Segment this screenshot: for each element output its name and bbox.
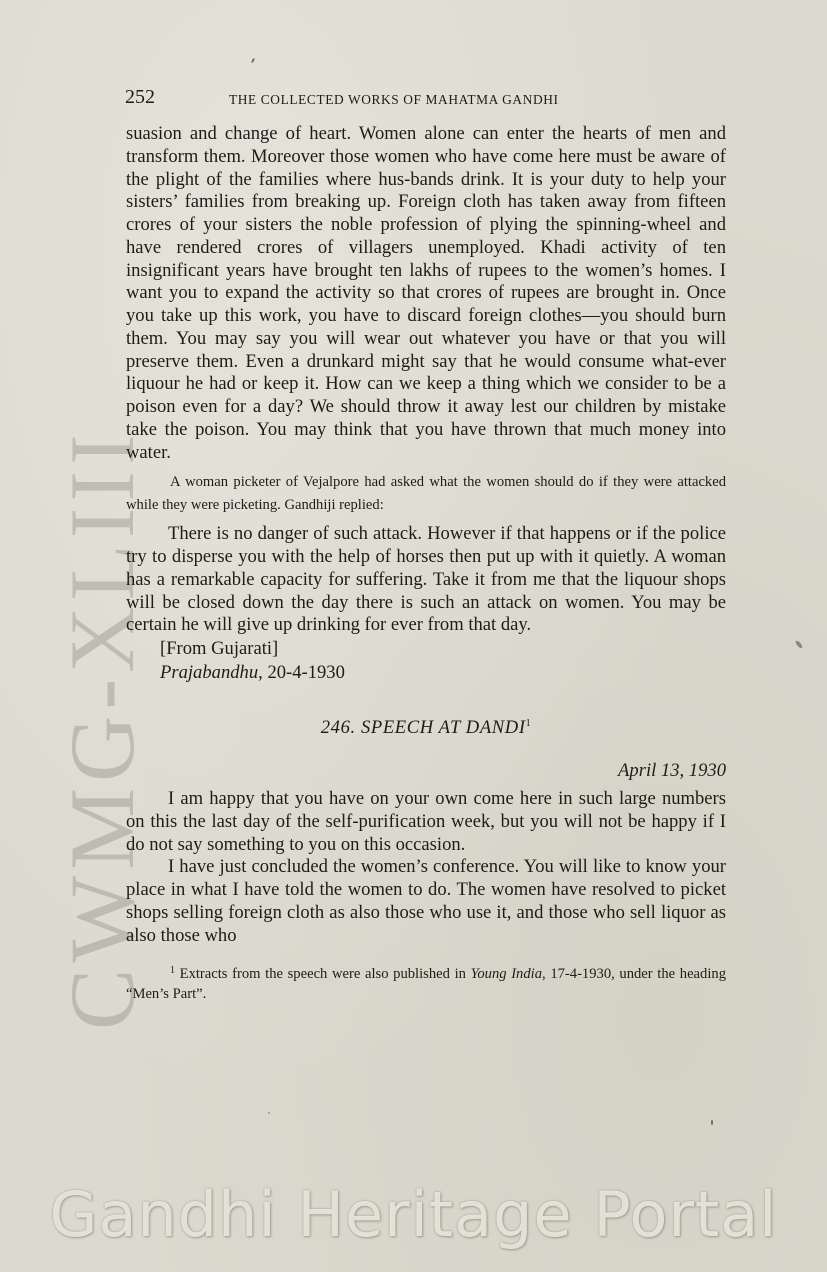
dateline: April 13, 1930	[126, 760, 726, 782]
speech-paragraph: I have just concluded the women’s confer…	[126, 856, 726, 947]
page-content: suasion and change of heart. Women alone…	[126, 123, 726, 1004]
source-language-note: [From Gujarati]	[126, 637, 726, 661]
footnote: 1 Extracts from the speech were also pub…	[126, 961, 726, 1004]
editorial-narration: A woman picketer of Vejalpore had asked …	[126, 471, 726, 517]
scan-speck	[268, 1112, 270, 1114]
narration-text: A woman picketer of Vejalpore had asked …	[126, 474, 726, 513]
reply-paragraph: There is no danger of such attack. Howev…	[126, 523, 726, 637]
page-header: 252 THE COLLECTED WORKS OF MAHATMA GANDH…	[125, 86, 727, 112]
source-citation: Prajabandhu, 20-4-1930	[126, 661, 726, 685]
item-title-text: 246. SPEECH AT DANDI	[321, 717, 526, 738]
source-date: , 20-4-1930	[258, 662, 345, 683]
reply-block: There is no danger of such attack. Howev…	[126, 523, 726, 637]
portal-watermark: Gandhi Heritage Portal	[0, 1178, 827, 1251]
footnote-publication: Young India	[471, 966, 542, 982]
reply-text: There is no danger of such attack. Howev…	[126, 523, 726, 635]
footnote-marker: 1	[170, 965, 175, 976]
speech-paragraph: I am happy that you have on your own com…	[126, 788, 726, 856]
item-title: 246. SPEECH AT DANDI1	[126, 717, 726, 739]
scan-speck	[711, 1120, 713, 1125]
speech-paragraph-text: I am happy that you have on your own com…	[126, 788, 726, 855]
source-publication: Prajabandhu	[160, 662, 258, 683]
footnote-reference[interactable]: 1	[526, 718, 532, 729]
page-number: 252	[125, 86, 155, 109]
continued-paragraph: suasion and change of heart. Women alone…	[126, 123, 726, 464]
footnote-text-before: Extracts from the speech were also publi…	[180, 966, 471, 982]
running-head: THE COLLECTED WORKS OF MAHATMA GANDHI	[229, 92, 559, 108]
speech-paragraph-text: I have just concluded the women’s confer…	[126, 856, 726, 945]
